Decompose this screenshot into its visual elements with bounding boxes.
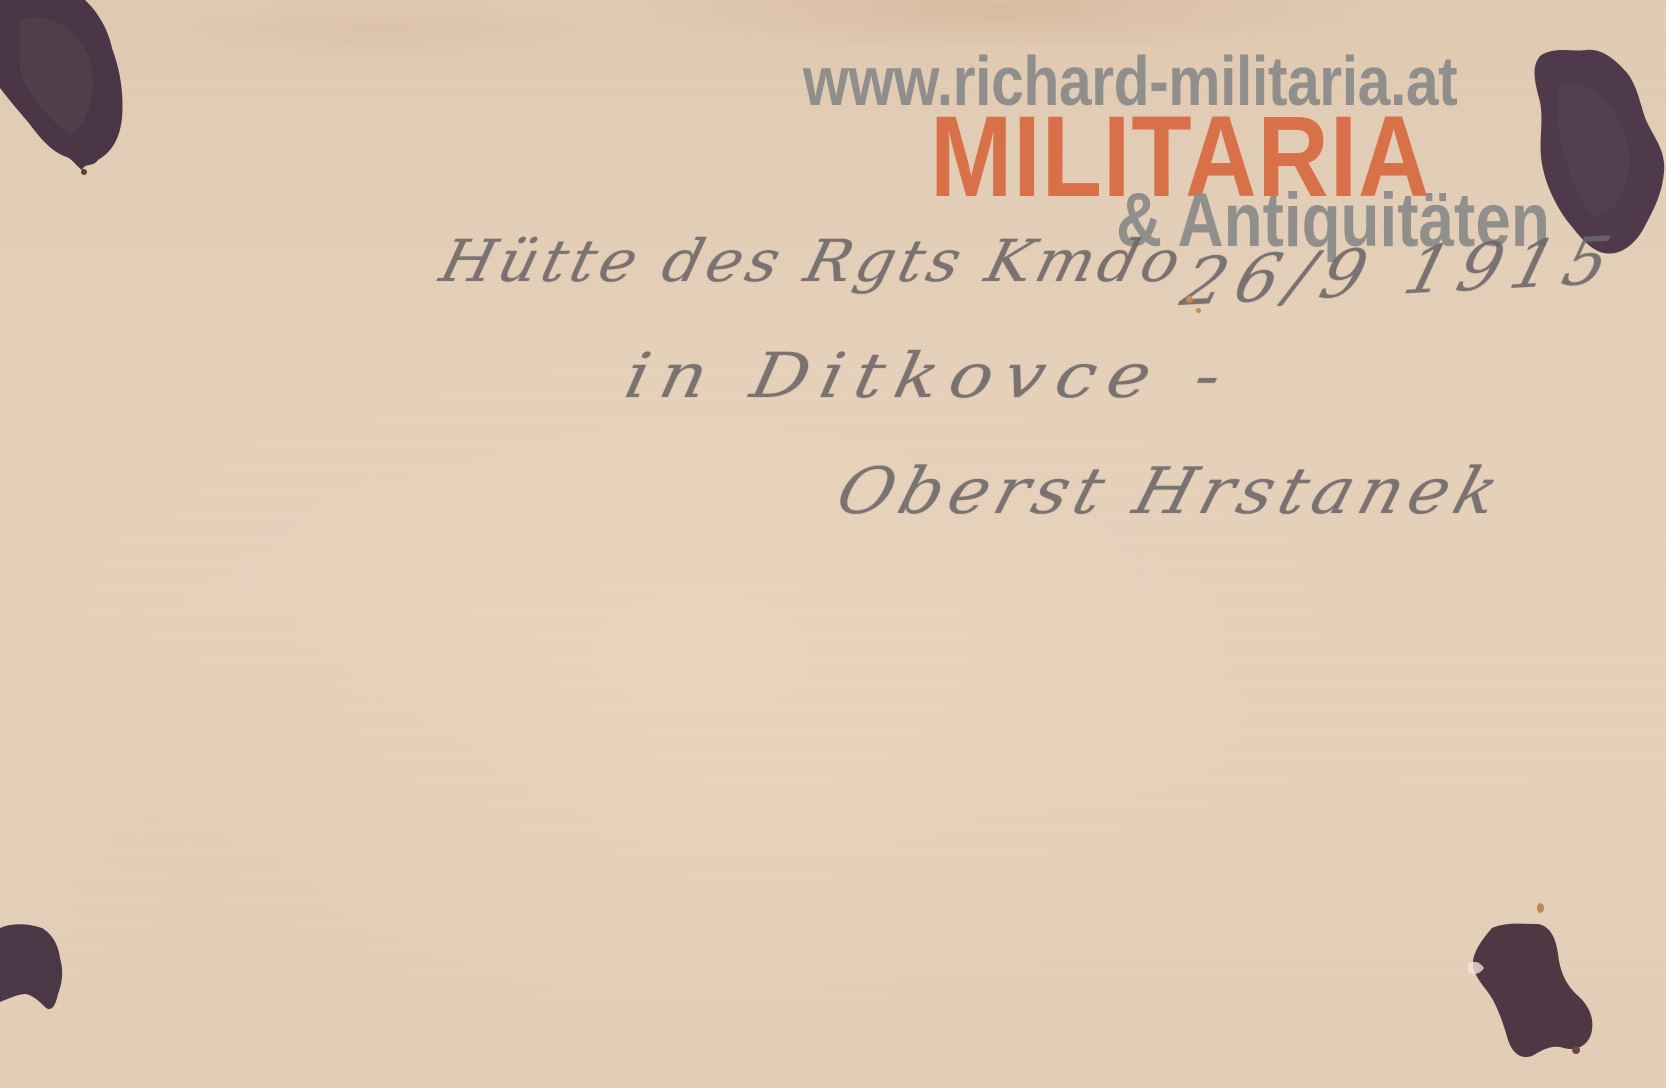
stain-dot (1537, 903, 1544, 913)
inscription-line-2: in Ditkovce - (620, 345, 1238, 407)
corner-blob-top-left (0, 0, 132, 176)
corner-blob-bottom-left (0, 922, 66, 1014)
inscription-line-1: Hütte des Rgts Kmdo (435, 232, 1190, 290)
stain-dot (1186, 296, 1193, 303)
stain-dot (1196, 308, 1201, 313)
corner-blob-bottom-right (1466, 918, 1600, 1060)
inscription-signature: Oberst Hrstanek (830, 460, 1512, 524)
